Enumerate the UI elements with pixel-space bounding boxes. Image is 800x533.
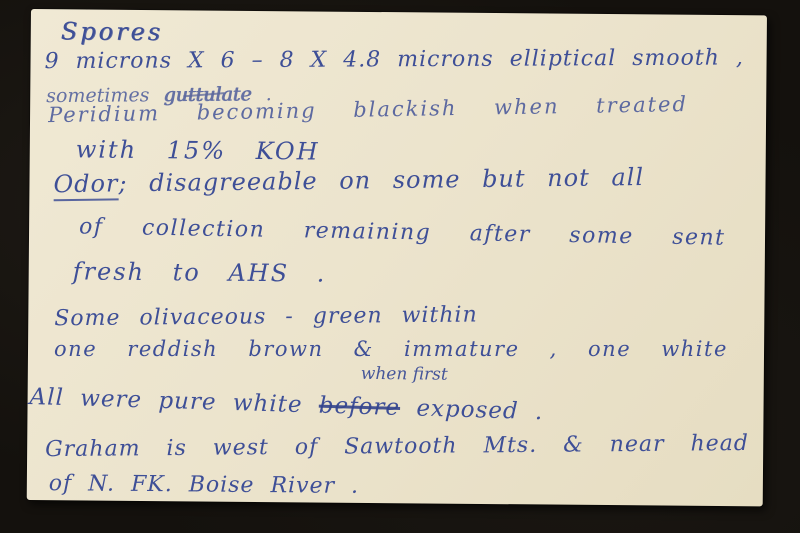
boise-river-text: of N. FK. Boise River . bbox=[49, 471, 359, 499]
handwriting-line-boise-river: of N. FK. Boise River . bbox=[49, 471, 359, 499]
handwriting-line-odor: Odor; disagreeable on some but not all bbox=[53, 163, 644, 198]
collection-text: of collection remaining after some sent bbox=[79, 214, 726, 250]
fresh-ahs-text: fresh to AHS . bbox=[73, 257, 327, 287]
handwriting-line-spores-heading: Spores bbox=[61, 17, 163, 46]
before-struck-word: before bbox=[318, 393, 400, 421]
handwriting-line-all-pure-white: All were pure white before exposed . bbox=[29, 384, 543, 425]
koh-text: with 15% KOH bbox=[76, 135, 320, 165]
handwriting-line-collection: of collection remaining after some sent bbox=[79, 214, 726, 250]
handwriting-line-fresh-ahs: fresh to AHS . bbox=[73, 257, 327, 287]
allwhite-suffix-text: exposed . bbox=[400, 395, 544, 425]
insertion-text: when first bbox=[361, 364, 448, 385]
spore-dimensions-text: 9 microns X 6 – 8 X 4.8 microns elliptic… bbox=[44, 45, 743, 74]
handwriting-line-spore-dimensions: 9 microns X 6 – 8 X 4.8 microns elliptic… bbox=[44, 45, 743, 74]
spores-heading-text: Spores bbox=[61, 17, 163, 46]
handwriting-line-olivaceous: Some olivaceous - green within bbox=[54, 303, 478, 332]
handwriting-line-koh: with 15% KOH bbox=[76, 135, 320, 165]
odor-underlined-word: Odor bbox=[53, 169, 118, 201]
olivaceous-text: Some olivaceous - green within bbox=[54, 303, 478, 332]
handwriting-line-graham-location: Graham is west of Sawtooth Mts. & near h… bbox=[45, 431, 749, 462]
index-card: Spores 9 microns X 6 – 8 X 4.8 microns e… bbox=[27, 9, 767, 506]
reddish-brown-text: one reddish brown & immature , one white bbox=[54, 337, 728, 361]
handwriting-line-reddish-brown: one reddish brown & immature , one white bbox=[54, 337, 728, 361]
allwhite-prefix-text: All were pure white bbox=[29, 384, 319, 419]
graham-location-text: Graham is west of Sawtooth Mts. & near h… bbox=[45, 431, 749, 462]
odor-rest-text: ; disagreeable on some but not all bbox=[118, 163, 644, 197]
photo-background: Spores 9 microns X 6 – 8 X 4.8 microns e… bbox=[0, 0, 800, 533]
handwriting-insertion-when-first: when first bbox=[361, 364, 448, 385]
